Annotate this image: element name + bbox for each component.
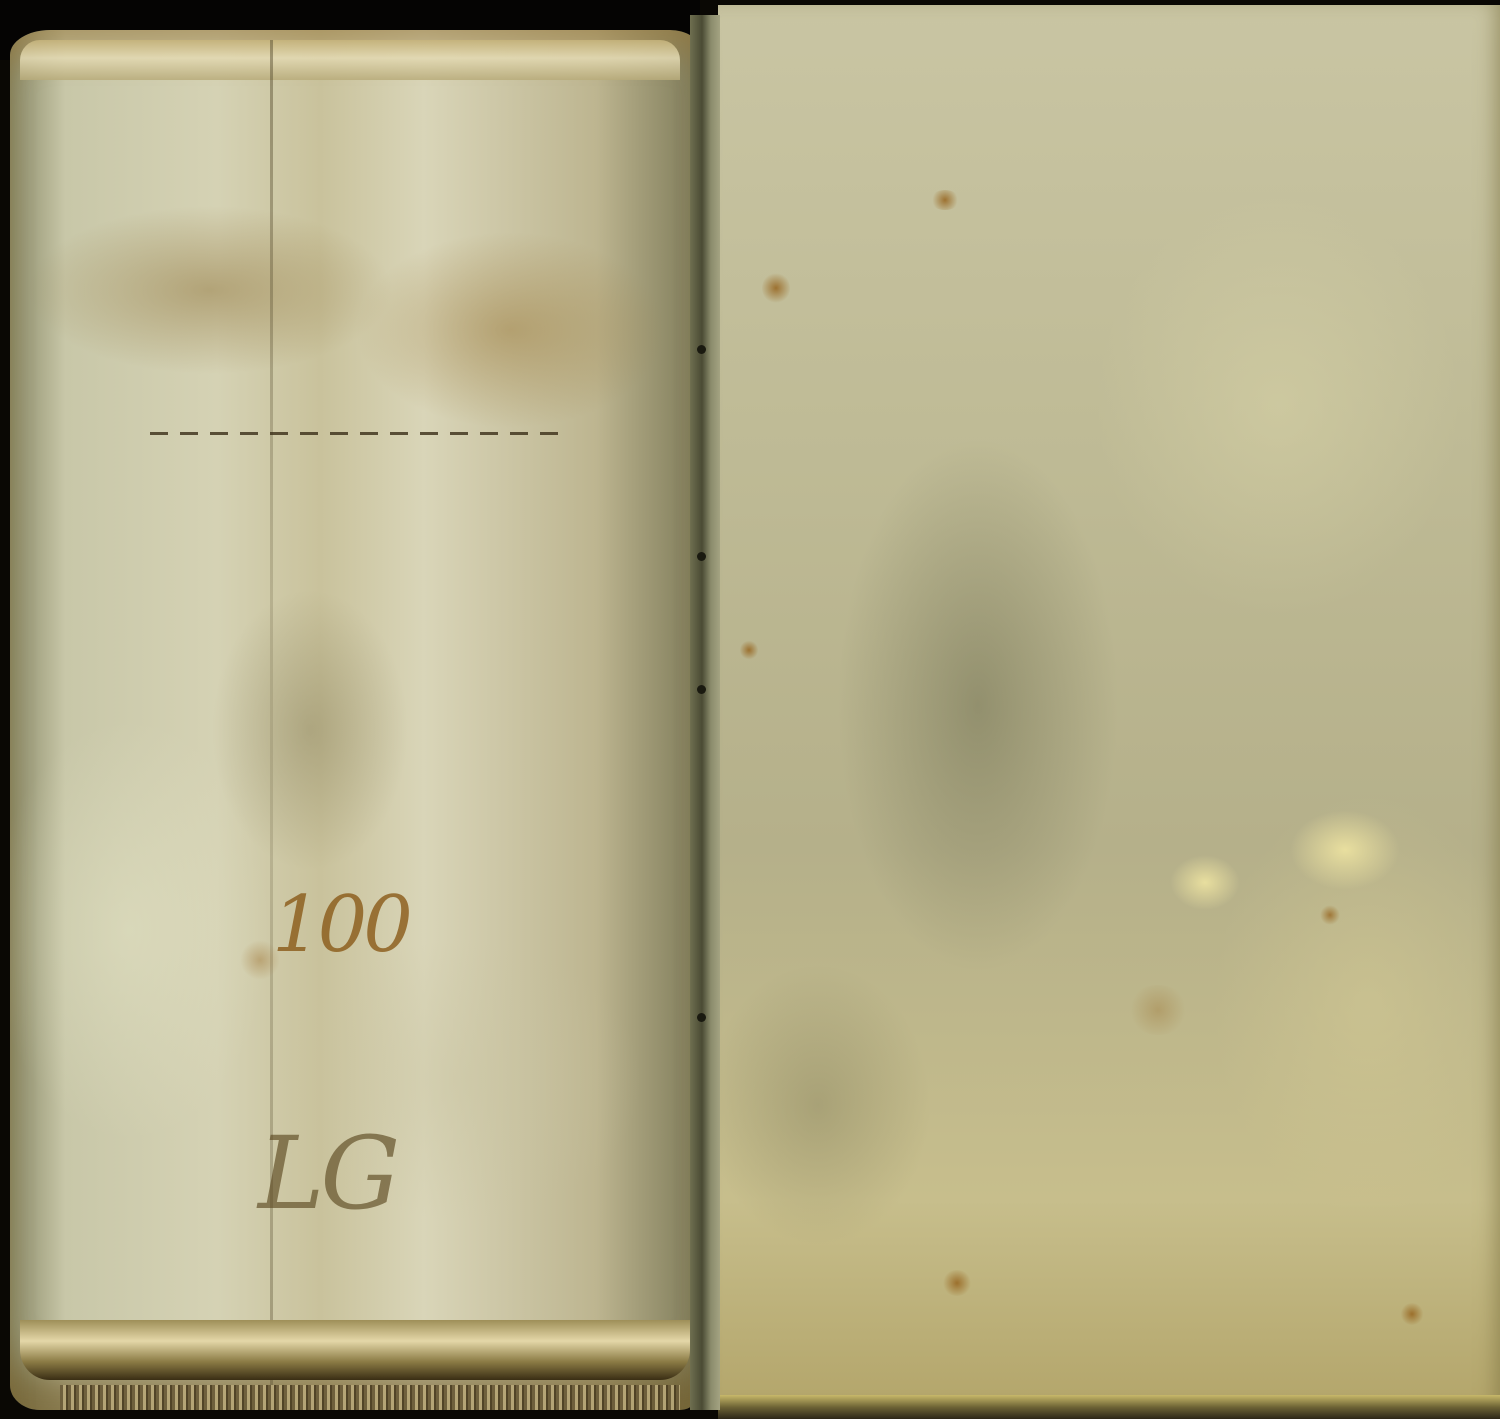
spine-handwritten-number: 100: [272, 880, 409, 970]
book-cover-photo: 100 LG: [0, 0, 1500, 1419]
hinge-thread-hole: [697, 685, 706, 694]
hinge-thread-hole: [697, 345, 706, 354]
spine-hinge: [690, 15, 720, 1410]
stain: [240, 940, 280, 980]
spine-handwritten-initials: LG: [258, 1115, 396, 1232]
stain: [1400, 1303, 1424, 1325]
spine-tear-line: [150, 432, 570, 435]
spine-bottom-tailcap: [20, 1320, 690, 1380]
stain: [762, 272, 790, 304]
stain: [1320, 905, 1340, 925]
hinge-thread-hole: [697, 552, 706, 561]
vellum-flake: [1290, 810, 1400, 890]
spine-top-headcap: [20, 40, 680, 80]
stain: [740, 640, 758, 660]
board-bottom-edge: [718, 1395, 1500, 1419]
hinge-thread-hole: [697, 1013, 706, 1022]
page-edges: [60, 1385, 680, 1410]
stain: [930, 190, 960, 210]
stain: [1128, 985, 1188, 1035]
back-board: [718, 5, 1500, 1410]
stain: [942, 1270, 972, 1296]
vellum-flake: [1170, 855, 1240, 910]
